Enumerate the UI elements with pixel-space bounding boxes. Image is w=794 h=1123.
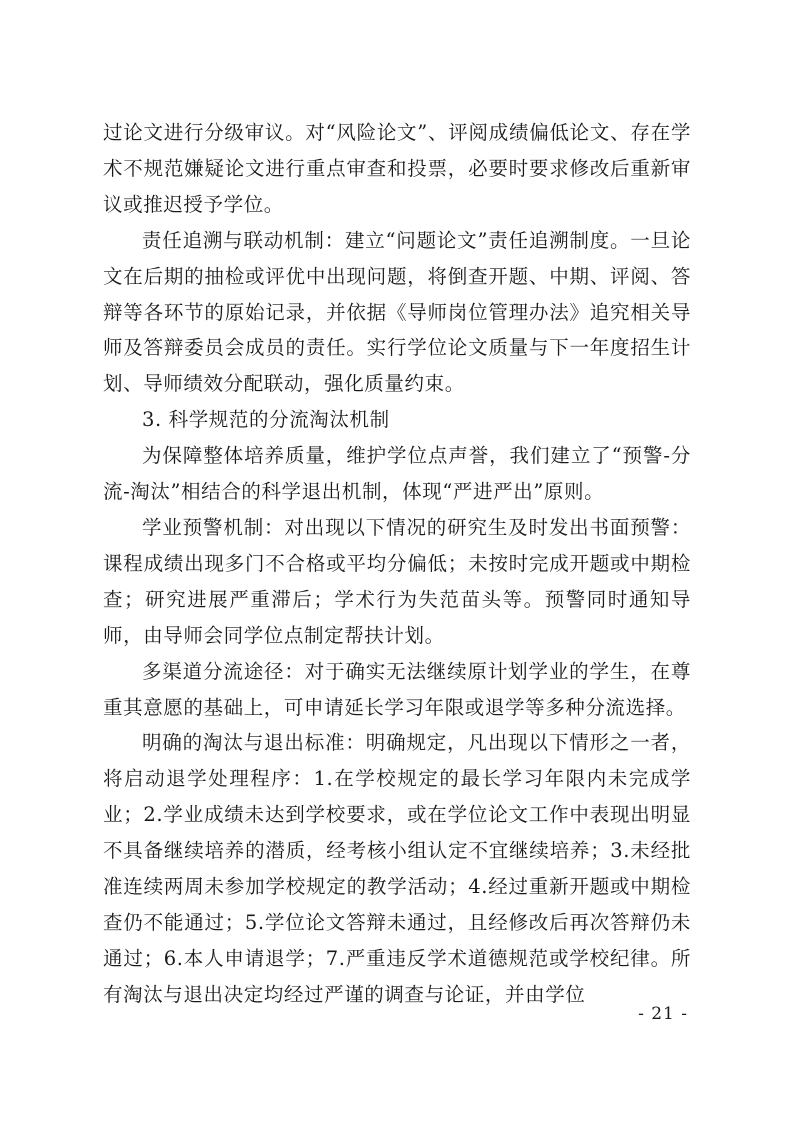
paragraph-diversion-paths: 多渠道分流途径：对于确实无法继续原计划学业的学生，在尊重其意愿的基础上，可申请延… bbox=[103, 654, 691, 726]
paragraph-continuation: 过论文进行分级审议。对“风险论文”、评阅成绩偏低论文、存在学术不规范嫌疑论文进行… bbox=[103, 115, 691, 223]
paragraph-exit-criteria: 明确的淘汰与退出标准：明确规定，凡出现以下情形之一者，将启动退学处理程序：1.在… bbox=[103, 725, 691, 1012]
document-body: 过论文进行分级审议。对“风险论文”、评阅成绩偏低论文、存在学术不规范嫌疑论文进行… bbox=[103, 115, 691, 1013]
section-heading: 3. 科学规范的分流淘汰机制 bbox=[103, 402, 691, 438]
document-page: 过论文进行分级审议。对“风险论文”、评阅成绩偏低论文、存在学术不规范嫌疑论文进行… bbox=[0, 0, 794, 1123]
paragraph-intro: 为保障整体培养质量，维护学位点声誉，我们建立了“预警-分流-淘汰”相结合的科学退… bbox=[103, 438, 691, 510]
paragraph-warning-mechanism: 学业预警机制：对出现以下情况的研究生及时发出书面预警：课程成绩出现多门不合格或平… bbox=[103, 510, 691, 654]
page-number: - 21 - bbox=[638, 1004, 688, 1024]
paragraph-accountability: 责任追溯与联动机制：建立“问题论文”责任追溯制度。一旦论文在后期的抽检或评优中出… bbox=[103, 223, 691, 403]
